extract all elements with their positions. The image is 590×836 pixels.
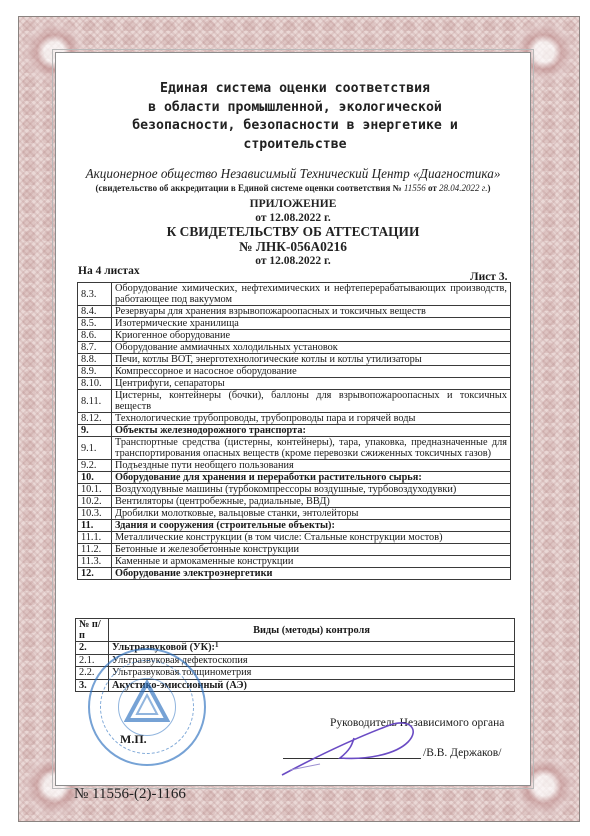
row-number: 8.6. xyxy=(78,330,112,342)
table-row: 11.Здания и сооружения (строительные объ… xyxy=(78,520,511,532)
row-text: Изотермические хранилища xyxy=(112,318,511,330)
row-number: 9.1. xyxy=(78,437,112,460)
stamp-label: М.П. xyxy=(120,732,147,747)
row-text: Воздуходувные машины (турбокомпрессоры в… xyxy=(112,484,511,496)
col-number-header: № п/п xyxy=(76,619,109,642)
triangle-logo-icon xyxy=(124,680,170,726)
row-number: 11. xyxy=(78,520,112,532)
row-number: 8.7. xyxy=(78,342,112,354)
certificate-label: К СВИДЕТЕЛЬСТВУ ОБ АТТЕСТАЦИИ xyxy=(55,225,531,239)
system-title-line: строительстве xyxy=(60,136,530,155)
row-number: 8.9. xyxy=(78,366,112,378)
objects-table: 8.3.Оборудование химических, нефтехимиче… xyxy=(77,282,511,580)
row-text: Цистерны, контейнеры (бочки), баллоны дл… xyxy=(112,390,511,413)
row-text: Оборудование для хранения и переработки … xyxy=(112,472,511,484)
signatory-name: /В.В. Держаков/ xyxy=(423,747,501,759)
footnote-marker: 1 xyxy=(215,641,219,649)
row-text: Резервуары для хранения взрывопожароопас… xyxy=(112,306,511,318)
accreditation-mid: от xyxy=(426,183,439,193)
col-methods-header: Виды (методы) контроля xyxy=(109,619,515,642)
row-text: Оборудование электроэнергетики xyxy=(112,568,511,580)
row-text: Вентиляторы (центробежные, радиальные, В… xyxy=(112,496,511,508)
row-text: Бетонные и железобетонные конструкции xyxy=(112,544,511,556)
methods-header-row: № п/п Виды (методы) контроля xyxy=(76,619,515,642)
row-number: 11.1. xyxy=(78,532,112,544)
accreditation-suffix: ) xyxy=(487,183,490,193)
table-row: 11.1.Металлические конструкции (в том чи… xyxy=(78,532,511,544)
row-number: 8.3. xyxy=(78,283,112,306)
row-text: Оборудование химических, нефтехимических… xyxy=(112,283,511,306)
row-number: 8.4. xyxy=(78,306,112,318)
table-row: 11.3.Каменные и армокаменные конструкции xyxy=(78,556,511,568)
system-title-line: безопасности, безопасности в энергетике … xyxy=(60,117,530,136)
row-text: Технологические трубопроводы, трубопрово… xyxy=(112,413,511,425)
row-text: Дробилки молотковые, вальцовые станки, э… xyxy=(112,508,511,520)
certificate-number: № ЛНК-056А0216 xyxy=(55,240,531,254)
row-number: 8.10. xyxy=(78,378,112,390)
table-row: 8.4.Резервуары для хранения взрывопожаро… xyxy=(78,306,511,318)
row-number: 10.2. xyxy=(78,496,112,508)
appendix-title: ПРИЛОЖЕНИЕ от 12.08.2022 г. К СВИДЕТЕЛЬС… xyxy=(55,197,531,268)
accreditation-number: 11556 xyxy=(404,183,426,193)
table-row: 8.10.Центрифуги, сепараторы xyxy=(78,378,511,390)
table-row: 8.12.Технологические трубопроводы, трубо… xyxy=(78,413,511,425)
official-seal xyxy=(88,648,206,766)
table-row: 12.Оборудование электроэнергетики xyxy=(78,568,511,580)
system-title-line: в области промышленной, экологической xyxy=(60,99,530,118)
row-number: 8.5. xyxy=(78,318,112,330)
row-text: Каменные и армокаменные конструкции xyxy=(112,556,511,568)
table-row: 9.Объекты железнодорожного транспорта: xyxy=(78,425,511,437)
row-number: 2. xyxy=(76,642,109,655)
row-text: Криогенное оборудование xyxy=(112,330,511,342)
row-text: Здания и сооружения (строительные объект… xyxy=(112,520,511,532)
row-number: 9.2. xyxy=(78,460,112,472)
system-title-line: Единая система оценки соответствия xyxy=(60,80,530,99)
row-number: 8.12. xyxy=(78,413,112,425)
table-row: 8.3.Оборудование химических, нефтехимиче… xyxy=(78,283,511,306)
row-text: Центрифуги, сепараторы xyxy=(112,378,511,390)
row-text: Транспортные средства (цистерны, контейн… xyxy=(112,437,511,460)
system-title: Единая система оценки соответствия в обл… xyxy=(60,80,530,154)
row-number: 8.11. xyxy=(78,390,112,413)
sheets-total: На 4 листах xyxy=(78,265,140,277)
row-text: Печи, котлы ВОТ, энерготехнологические к… xyxy=(112,354,511,366)
appendix-label: ПРИЛОЖЕНИЕ xyxy=(55,197,531,211)
handwritten-signature-icon xyxy=(280,720,430,780)
table-row: 8.8.Печи, котлы ВОТ, энерготехнологическ… xyxy=(78,354,511,366)
table-row: 10.1.Воздуходувные машины (турбокомпресс… xyxy=(78,484,511,496)
table-row: 10.3.Дробилки молотковые, вальцовые стан… xyxy=(78,508,511,520)
row-number: 8.8. xyxy=(78,354,112,366)
table-row: 9.2.Подъездные пути необщего пользования xyxy=(78,460,511,472)
row-number: 2.1. xyxy=(76,654,109,667)
table-row: 9.1.Транспортные средства (цистерны, кон… xyxy=(78,437,511,460)
row-number: 11.3. xyxy=(78,556,112,568)
row-number: 12. xyxy=(78,568,112,580)
table-row: 8.9.Компрессорное и насосное оборудовани… xyxy=(78,366,511,378)
appendix-date: от 12.08.2022 г. xyxy=(55,211,531,225)
row-text: Объекты железнодорожного транспорта: xyxy=(112,425,511,437)
form-number: № 11556-(2)-1166 xyxy=(74,786,186,803)
organization-name: Акционерное общество Независимый Техниче… xyxy=(55,166,531,182)
table-row: 10.2.Вентиляторы (центробежные, радиальн… xyxy=(78,496,511,508)
table-row: 8.5.Изотермические хранилища xyxy=(78,318,511,330)
row-text: Металлические конструкции (в том числе: … xyxy=(112,532,511,544)
row-number: 10.3. xyxy=(78,508,112,520)
row-number: 10. xyxy=(78,472,112,484)
accreditation-note: (свидетельство об аккредитации в Единой … xyxy=(55,183,531,193)
table-row: 8.7.Оборудование аммиачных холодильных у… xyxy=(78,342,511,354)
row-text: Компрессорное и насосное оборудование xyxy=(112,366,511,378)
table-row: 11.2.Бетонные и железобетонные конструкц… xyxy=(78,544,511,556)
table-row: 8.11.Цистерны, контейнеры (бочки), балло… xyxy=(78,390,511,413)
row-text: Подъездные пути необщего пользования xyxy=(112,460,511,472)
row-number: 9. xyxy=(78,425,112,437)
row-text: Оборудование аммиачных холодильных устан… xyxy=(112,342,511,354)
row-number: 11.2. xyxy=(78,544,112,556)
accreditation-prefix: (свидетельство об аккредитации в Единой … xyxy=(96,183,404,193)
row-number: 10.1. xyxy=(78,484,112,496)
table-row: 10.Оборудование для хранения и переработ… xyxy=(78,472,511,484)
table-row: 8.6.Криогенное оборудование xyxy=(78,330,511,342)
accreditation-date: 28.04.2022 г. xyxy=(439,183,487,193)
